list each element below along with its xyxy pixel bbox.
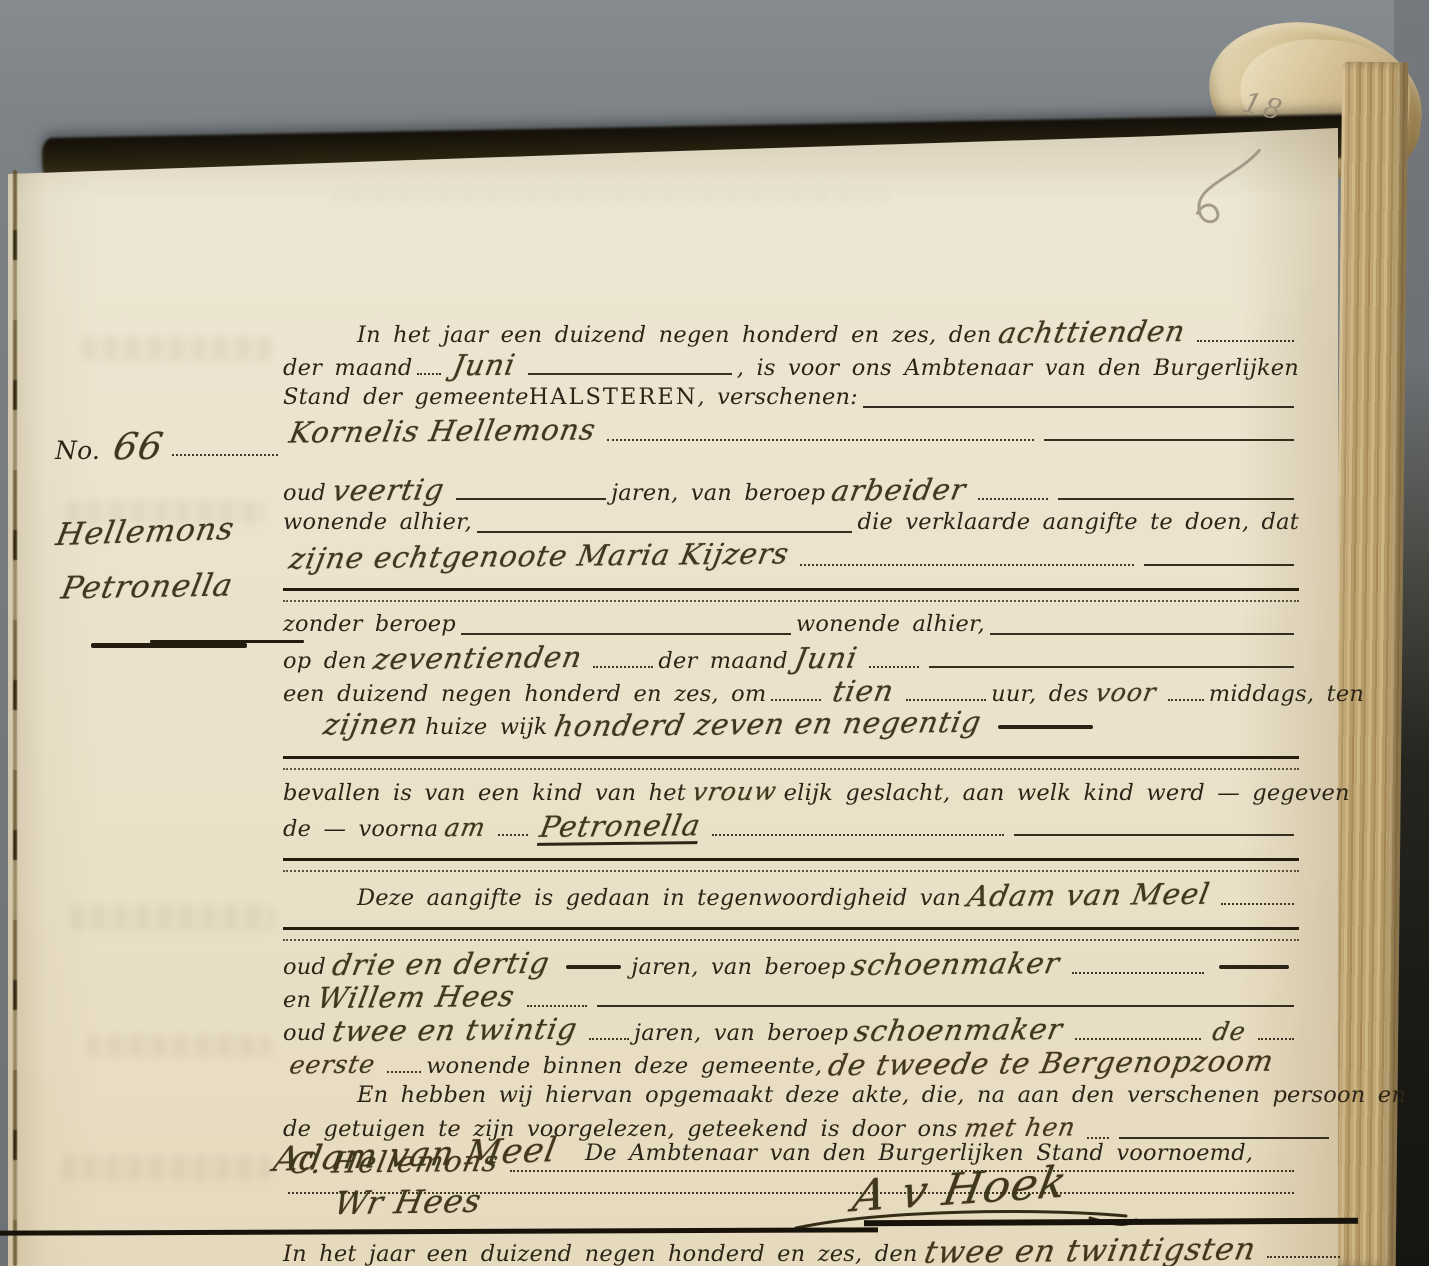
dotted-fill-line [607,437,1034,441]
handwritten-entry: de [1211,1019,1248,1044]
solid-fill-line [863,404,1294,408]
printed-text: , is voor ons Ambtenaar van den Burgerli… [737,355,1299,381]
binding-crease [13,170,17,1266]
printed-text: op den [283,648,367,674]
act-line: In het jaar een duizend negen honderd en… [283,318,1299,351]
handwritten-entry: eerste [288,1052,378,1078]
dotted-fill-line [589,1036,629,1040]
dotted-fill-line [1075,1036,1201,1040]
handwritten-entry: Kornelis Hellemons [287,415,598,447]
printed-text: uur, des [991,681,1088,707]
printed-text: jaren, van beroep [611,480,825,506]
printed-text: wonende binnen deze gemeente, [426,1053,822,1079]
printed-text: HALSTEREN [529,384,698,410]
handwritten-entry: zijnen [321,710,421,740]
printed-text: In het jaar een duizend negen honderd en… [357,322,992,348]
printed-text: oud [283,480,326,506]
witness1-signature: Adam van Meel [271,1133,560,1177]
handwritten-entry: Willem Hees [315,982,517,1013]
printed-text: der maand [658,648,787,674]
bleed-through-ghost [86,1035,271,1057]
handwritten-entry: twee en twintig [330,1015,580,1047]
printed-text: middags, ten [1209,681,1364,707]
printed-text: bevallen is van een kind van het [283,780,686,806]
printed-text: En hebben wij hiervan opgemaakt deze akt… [357,1082,1406,1108]
act-number-label: No. [55,436,100,465]
printed-text: zonder beroep [283,611,456,637]
act-line: bevallen is van een kind van hetvrouweli… [283,779,1299,812]
handwritten-entry: twee en twintigsten [921,1234,1258,1266]
printed-text: , verschenen: [697,384,858,410]
dotted-fill-line [1168,697,1204,701]
act-line: een duizend negen honderd en zes, omtien… [283,677,1299,710]
dotted-fill-line [593,664,653,668]
printed-text: jaren, van beroep [634,1020,848,1046]
solid-fill-line [1119,1135,1329,1139]
printed-text: wonende alhier, [796,611,985,637]
handwritten-dash [1219,965,1289,969]
handwritten-dash [998,725,1093,729]
dotted-fill-line [1197,338,1294,342]
dotted-fill-line [771,697,821,701]
handwritten-entry: tien [831,677,897,707]
act-line: oudveertigjaren, van beroeparbeider [283,476,1299,509]
printed-text: wonende alhier, [283,509,472,535]
printed-text: In het jaar een duizend negen honderd en… [283,1241,918,1266]
next-act-opening: In het jaar een duizend negen honderd en… [283,1236,1345,1266]
handwritten-dash [566,965,621,969]
printed-text: Stand der gemeente [283,384,529,410]
dotted-fill-line [978,496,1048,500]
act-line: der maandJuni, is voor ons Ambtenaar van… [283,351,1299,384]
bleed-through-ghost [62,1155,272,1181]
handwritten-entry: drie en dertig [330,949,552,980]
handwritten-entry: zeventienden [371,643,585,674]
solid-fill-line [528,371,732,375]
handwritten-entry: Juni [792,644,860,674]
dotted-fill-line [800,562,1134,566]
act-line: zijne echtgenoote Maria Kijzers [283,542,1299,575]
handwritten-entry: veertig [330,475,447,505]
margin-child-surname: Hellemons [54,514,237,551]
dotted-fill-line [869,664,919,668]
form-rule [283,858,1299,872]
form-rule [283,588,1299,602]
form-rule [283,927,1299,941]
handwritten-entry: schoenmaker [850,949,1063,980]
act-line: zonder beroepwonende alhier, [283,611,1299,644]
act-line: Stand der gemeente HALSTEREN, verschenen… [283,384,1299,417]
handwritten-entry: vrouw [691,779,779,805]
handwritten-entry: arbeider [829,475,968,505]
margin-dash [91,643,247,648]
dotted-fill-line [172,452,278,456]
act-line: op denzeventiendender maandJuni [283,644,1299,677]
dotted-fill-line [387,1069,421,1073]
handwritten-entry: de tweede te Bergenopzoom [826,1047,1276,1081]
official-title-line: De Ambtenaar van den Burgerlijken Stand … [585,1140,1253,1166]
dotted-fill-line [1267,1254,1340,1258]
dotted-fill-line [1087,1135,1109,1139]
solid-fill-line [929,664,1294,668]
printed-text: een duizend negen honderd en zes, om [283,681,766,707]
scanned-register-page: 18 No. 66 Hellemons Petronella In het ja… [0,0,1429,1266]
act-line: Kornelis Hellemons [283,417,1299,450]
dotted-fill-line [712,832,1004,836]
dotted-fill-line [417,371,441,375]
handwritten-entry: zijne echtgenoote Maria Kijzers [287,539,792,573]
printed-text: jaren, van beroep [631,954,845,980]
pencil-flourish [1163,142,1293,254]
printed-text: de — voorna [283,816,438,842]
printed-text: Deze aangifte is gedaan in tegenwoordigh… [357,885,961,911]
dotted-fill-line [1221,901,1294,905]
solid-fill-line [1144,562,1294,566]
dotted-fill-line [906,697,986,701]
solid-fill-line [990,631,1294,635]
act-line: ouddrie en dertigjaren, van beroepschoen… [283,950,1299,983]
handwritten-entry: honderd zeven en negentig [552,708,984,741]
act-body: In het jaar een duizend negen honderd en… [283,318,1299,1203]
dotted-fill-line [527,1003,587,1007]
dotted-fill-line [1258,1036,1294,1040]
solid-fill-line [1014,832,1294,836]
handwritten-entry: Adam van Meel [965,880,1212,912]
solid-fill-line [461,631,791,635]
printed-text: huize wijk [425,714,548,740]
dotted-fill-line [498,832,528,836]
printed-text: der maand [283,355,412,381]
handwritten-entry: voor [1093,680,1158,706]
witness2-signature: Wr Hees [332,1185,485,1220]
printed-text: elijk geslacht, aan welk kind werd — geg… [784,780,1350,806]
handwritten-entry: schoenmaker [852,1015,1065,1046]
handwritten-entry: met hen [962,1114,1077,1140]
handwritten-entry: am [443,815,488,840]
act-line: zijnenhuize wijkhonderd zeven en negenti… [283,710,1299,743]
act-number-value: 66 [111,428,167,466]
bleed-through-ghost [330,188,890,204]
solid-fill-line [1044,437,1294,441]
act-line: eerstewonende binnen deze gemeente,de tw… [283,1049,1299,1082]
solid-fill-line [456,496,606,500]
form-rule [283,756,1299,770]
handwritten-entry: Petronella [537,811,703,846]
margin-column: No. 66 Hellemons Petronella [55,428,283,648]
act-number-row: No. 66 [55,428,283,465]
bleed-through-ghost [70,905,275,931]
handwritten-entry: achttienden [996,317,1188,348]
act-line: enWillem Hees [283,983,1299,1016]
handwritten-entry: Juni [451,351,519,381]
margin-child-given-name: Petronella [59,571,236,605]
printed-text: oud [283,1020,326,1046]
solid-fill-line [477,529,852,533]
act-line: En hebben wij hiervan opgemaakt deze akt… [283,1082,1299,1115]
act-line: de — voornaamPetronella [283,812,1299,845]
bleed-through-ghost [82,336,272,362]
printed-text: en [283,987,311,1013]
printed-text: die verklaarde aangifte te doen, dat [857,509,1299,535]
act-line: Deze aangifte is gedaan in tegenwoordigh… [283,881,1299,914]
dotted-fill-line [1072,970,1204,974]
solid-fill-line [597,1003,1294,1007]
solid-fill-line [1058,496,1294,500]
printed-text: oud [283,954,326,980]
